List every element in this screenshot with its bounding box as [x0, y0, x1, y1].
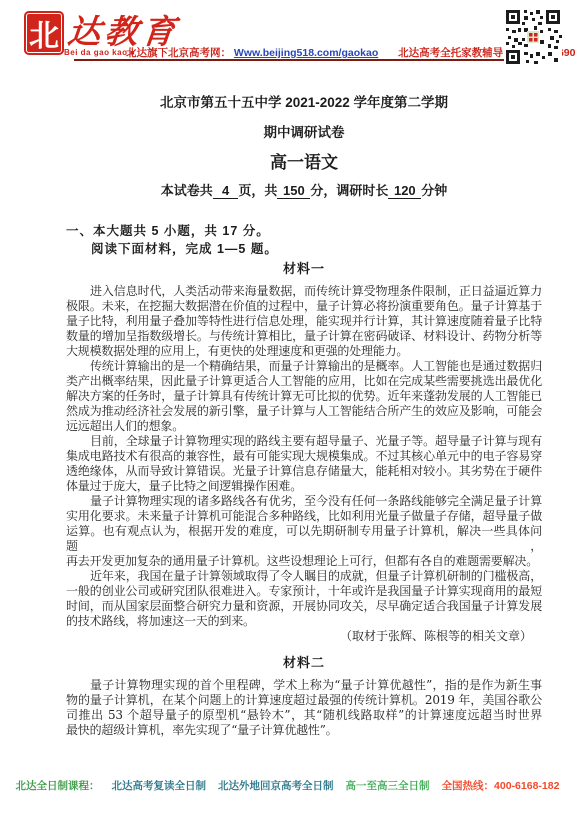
text-line: 目前，全球量子计算物理实现的路线主要有超导量子、光量子等。超导量子计算与现有	[66, 434, 542, 449]
exam-info-blank-value: 4	[213, 183, 239, 199]
footer-segment: 北达全日制课程：	[16, 780, 100, 792]
exam-info-line: 本试卷共 4 页，共 150 分，调研时长 120 分钟	[66, 182, 542, 200]
material-two-heading: 材料二	[66, 654, 542, 672]
text-line: 时间，而从国家层面整合研究力量和资源，开展协同攻关，尽早确定适合我国量子计算发展	[66, 599, 542, 614]
material-two-text: 量子计算物理实现的首个里程碑，学术上称为“量子计算优越性”，指的是作为新生事物的…	[66, 678, 542, 738]
text-line: 体量过于庞大，量子比特之间逻辑操作困难。	[66, 479, 542, 494]
paragraph: 量子计算物理实现的首个里程碑，学术上称为“量子计算优越性”，指的是作为新生事物的…	[66, 678, 542, 738]
material-one-attribution: （取材于张辉、陈根等的相关文章）	[66, 629, 542, 644]
text-line: 司推出 53 个超导量子的原型机“悬铃木”，其“随机线路取样”的计算速度远超当时…	[66, 708, 542, 723]
text-line: 数量的增加呈指数级增长。与传统计算相比，量子计算在密码破译、材料设计、药物分析等	[66, 329, 542, 344]
exam-info-text: 本试卷共	[161, 183, 213, 198]
footer-segment: 北达外地回京高考全日制	[218, 780, 334, 792]
material-one-text: 进入信息时代，人类活动带来海量数据，而传统计算受物理条件限制，正日益逼近算力极限…	[66, 284, 542, 629]
section-line-1: 一、本大题共 5 小题，共 17 分。	[66, 222, 542, 240]
text-line: 一般的创业公司或研究团队很难进入。专家预计，十年或许是我国量子计算实现商用的最短	[66, 584, 542, 599]
text-line: 的技术路线，将加速这一天的到来。	[66, 614, 542, 629]
document-body: 北京市第五十五中学 2021-2022 学年度第二学期 期中调研试卷 高一语文 …	[66, 94, 542, 738]
material-one-heading: 材料一	[66, 260, 542, 278]
title-paper-type: 期中调研试卷	[66, 124, 542, 142]
text-line: 远远超出人们的想象。	[66, 419, 542, 434]
exam-paper-page: 北 达教育 Bei da gao kao ■ 北达旗下北京高考网： Www.be…	[0, 0, 575, 831]
text-line: 大规模数据处理的应用上，有更快的处理速度和更强的处理能力。	[66, 344, 542, 359]
text-line: 量子计算物理实现的诸多路线各有优劣，至今没有任何一条路线能够完全满足量子计算	[66, 494, 542, 509]
text-line: 物的量子计算机，在某个问题上的计算速度超过最强的传统计算机。2019 年，美国谷…	[66, 693, 542, 708]
text-line: 运算。也有观点认为，根据开发的难度，可以先期研制专用量子计算机，解决一些具体问题…	[66, 524, 542, 554]
section-line-2: 阅读下面材料，完成 1—5 题。	[91, 240, 542, 258]
brand-subtext: Bei da gao kao ■	[64, 48, 135, 57]
exam-info-text: 分钟	[421, 183, 447, 198]
header-divider	[74, 59, 534, 61]
text-line: 最快的超级计算机，率先实现了“量子计算优越性”。	[66, 723, 542, 738]
brand-seal-icon: 北	[24, 11, 64, 55]
brand-subtext-label: Bei da gao kao	[64, 48, 127, 57]
text-line: 量子比特，利用量子叠加等特性进行信息处理，能实现并行计算，其计算速度随着量子比特	[66, 314, 542, 329]
text-line: 实用化要求。未来量子计算机可能混合多种路线，比如利用光量子做量子存储，超导量子做	[66, 509, 542, 524]
text-line: 解决方案的任务时，量子计算具有传统计算无可比拟的优势。近年来蓬勃发展的人工智能已	[66, 389, 542, 404]
qr-code-icon	[504, 8, 562, 66]
text-line: 透绝缘体，从而导致计算错误。光量子计算信息存储量大，能耗相对较小。其劣势在于硬件	[66, 464, 542, 479]
title-subject: 高一语文	[66, 152, 542, 174]
footer-course-banner: 北达全日制课程：北达高考复读全日制北达外地回京高考全日制高一至高三全日制全国热线…	[0, 778, 575, 793]
text-line: 再去开发更加复杂的通用量子计算机。这些设想理论上可行，但都有各自的难题需要解决。	[66, 554, 542, 569]
exam-info-text: 分，调研时长	[310, 183, 388, 198]
text-line: 近年来，我国在量子计算领域取得了令人瞩目的成就，但量子计算机研制的门槛极高，	[66, 569, 542, 584]
title-school-term: 北京市第五十五中学 2021-2022 学年度第二学期	[66, 94, 542, 112]
footer-segment: 高一至高三全日制	[346, 780, 430, 792]
exam-info-text: 页，共	[238, 183, 277, 198]
text-line: 量子计算物理实现的首个里程碑，学术上称为“量子计算优越性”，指的是作为新生事	[66, 678, 542, 693]
footer-segment: 全国热线：400-6168-182	[442, 780, 560, 792]
text-line: 然成为推动经济社会发展的新引擎，量子计算与人工智能结合所产生的效应及影响，可能会	[66, 404, 542, 419]
footer-segment: 北达高考复读全日制	[112, 780, 207, 792]
exam-info-blank-value: 150	[277, 183, 310, 199]
paragraph: 近年来，我国在量子计算领域取得了令人瞩目的成就，但量子计算机研制的门槛极高，一般…	[66, 569, 542, 629]
paragraph: 量子计算物理实现的诸多路线各有优劣，至今没有任何一条路线能够完全满足量子计算实用…	[66, 494, 542, 569]
text-line: 传统计算输出的是一个精确结果，而量子计算输出的是概率。人工智能也是通过数据归	[66, 359, 542, 374]
text-line: 极限。未来，在挖掘大数据潜在价值的过程中，量子计算必将扮演重要角色。量子计算基于	[66, 299, 542, 314]
text-line: 进入信息时代，人类活动带来海量数据，而传统计算受物理条件限制，正日益逼近算力	[66, 284, 542, 299]
text-line: 集成电路技术有很高的兼容性，最有可能实现大规模集成。不过其核心单元中的电子容易穿	[66, 449, 542, 464]
paragraph: 进入信息时代，人类活动带来海量数据，而传统计算受物理条件限制，正日益逼近算力极限…	[66, 284, 542, 359]
gaokao-site-link[interactable]: Www.beijing518.com/gaokao	[234, 47, 378, 59]
section-instructions: 一、本大题共 5 小题，共 17 分。 阅读下面材料，完成 1—5 题。	[66, 222, 542, 258]
text-line: 类产出概率结果，因此量子计算更适合人工智能的应用，比如在完成某些需要挑选出最优化	[66, 374, 542, 389]
paragraph: 目前，全球量子计算物理实现的路线主要有超导量子、光量子等。超导量子计算与现有集成…	[66, 434, 542, 494]
exam-info-blank-value: 120	[388, 183, 421, 199]
tagline-prefix: 北达旗下北京高考网：	[126, 47, 231, 59]
paragraph: 传统计算输出的是一个精确结果，而量子计算输出的是概率。人工智能也是通过数据归类产…	[66, 359, 542, 434]
